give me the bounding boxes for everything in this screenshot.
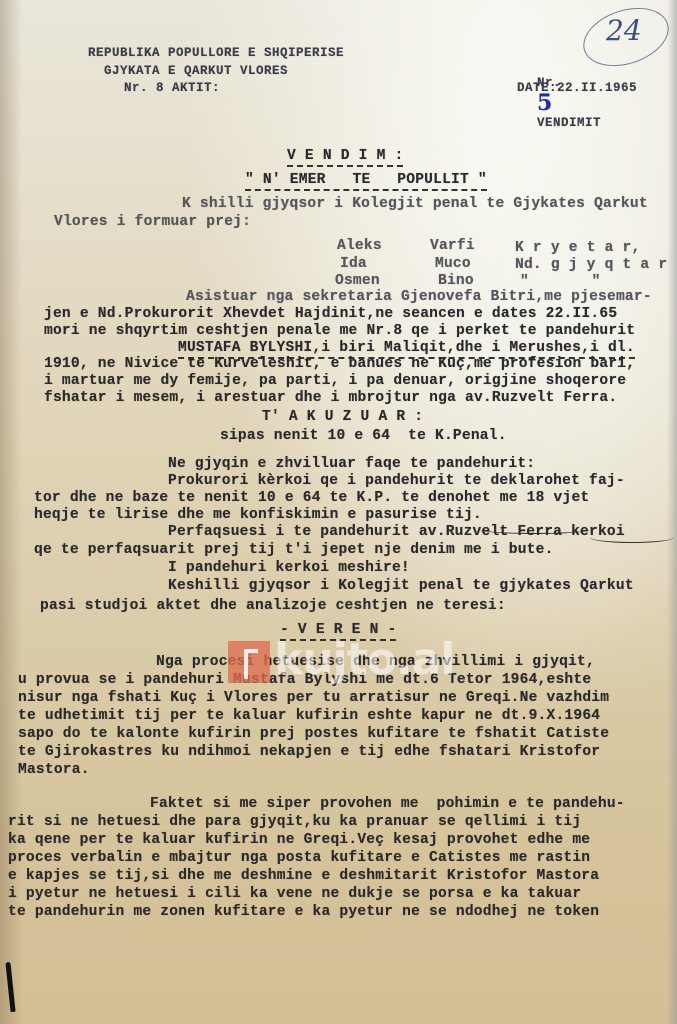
body-line: pasi studjoi aktet dhe analizoje ceshtje… [40,598,506,614]
body-line: Asistuar nga sekretaria Gjenovefa Bitri,… [186,289,652,305]
body-line: fshatar i mesem, i arestuar dhe i mbrojt… [44,390,617,406]
body-line: Mastora. [18,762,90,778]
court-intro-line1: K shilli gjyqsor i Kolegjit penal te Gjy… [182,196,648,212]
body-line: sapo do te kalonte kufirin prej postes k… [18,726,609,742]
header-republic: REPUBLIKA POPULLORE E SHQIPERISE [88,46,344,60]
member-role: K r y e t a r, [515,240,640,256]
body-line: Perfaqsuesi i te pandehurit av.Ruzvelt F… [168,524,625,540]
body-line: Ne gjyqin e zhvilluar faqe te pandehurit… [168,456,535,472]
body-line: e kapjes se tij,si dhe me deshmine e des… [8,868,599,884]
body-line: te Gjirokastres ku ndihmoi nekapjen e ti… [18,744,600,760]
watermark-text: kujto.al [274,634,454,685]
subheading-text: " N' EMER TE POPULLIT " [245,172,487,191]
body-line: Keshilli gjyqsor i Kolegjit penal te gjy… [168,578,634,594]
member-first-name: Osmen [335,273,380,289]
body-line: sipas nenit 10 e 64 te K.Penal. [220,428,507,444]
defendant-line: MUSTAFA BYLYSHI,i biri Maliqit,dhe i Mer… [178,340,635,356]
body-line: te udhetimit tij per te kaluar kufirin e… [18,708,600,724]
decision-date: DATE:22.II.1965 [517,81,637,95]
member-first-name: Ida [340,256,367,272]
header-act-number: Nr. 8 AKTIT: [124,81,220,95]
title-vendim: V E N D I M : [287,148,403,164]
member-first-name: Aleks [337,238,382,254]
body-line: proces verbalin e mbajtur nga posta kufi… [8,850,590,866]
body-line: te pandehurin me zonen kufitare e ka pye… [8,904,599,920]
nr-suffix: VENDIMIT [537,116,601,130]
member-role: " " [520,274,601,290]
body-line: Faktet si me siper provohen me pohimin e… [150,796,625,812]
title-subheading: " N' EMER TE POPULLIT " [245,172,487,188]
body-line: i martuar me dy femije, pa parti, i pa d… [44,373,626,389]
member-last-name: Bino [438,273,474,289]
body-line: mori ne shqyrtim ceshtjen penale me Nr.8… [44,323,635,339]
member-last-name: Muco [435,256,471,272]
member-role: Nd. g j y q t a r [515,257,667,273]
member-last-name: Varfi [430,238,475,254]
watermark-logo-icon [228,641,270,683]
body-line: I pandehuri kerkoi meshire! [168,560,410,576]
body-line: Prokurori kèrkoi qe i pandehurit te dekl… [168,473,625,489]
body-line: qe te perfaqsuarit prej tij t'i jepet nj… [34,542,554,558]
body-line: 1910, ne Nivice te Kurveleshit, e banues… [44,356,635,372]
section-accused: T' A K U Z U A R : [262,409,423,425]
body-line: nisur nga fshati Kuç i Vlores per tu arr… [18,690,609,706]
body-line: jen e Nd.Prokurorit Xhevdet Hajdinit,ne … [44,306,617,322]
ink-mark [5,962,15,1012]
handwritten-page-number: 24 [606,14,642,47]
court-intro-line2: Vlores i formuar prej: [54,214,251,230]
body-line: i pyetur ne hetuesi i cili ka vene ne du… [8,886,581,902]
document-page: REPUBLIKA POPULLORE E SHQIPERISE GJYKATA… [0,0,677,1024]
header-court: GJYKATA E QARKUT VLORES [104,64,288,78]
body-line: heqje te lirise dhe me konfiskimin e pas… [34,507,482,523]
body-line: ka qene per te kaluar kufirin ne Greqi.V… [8,832,590,848]
body-line: rit si ne hetuesi dhe para gjyqit,ku ka … [8,814,581,830]
title-text: V E N D I M : [287,148,403,167]
decision-number: Nr. 5 VENDIMIT [505,62,601,144]
body-line: tor dhe ne baze te nenit 10 e 64 te K.P.… [34,490,589,506]
